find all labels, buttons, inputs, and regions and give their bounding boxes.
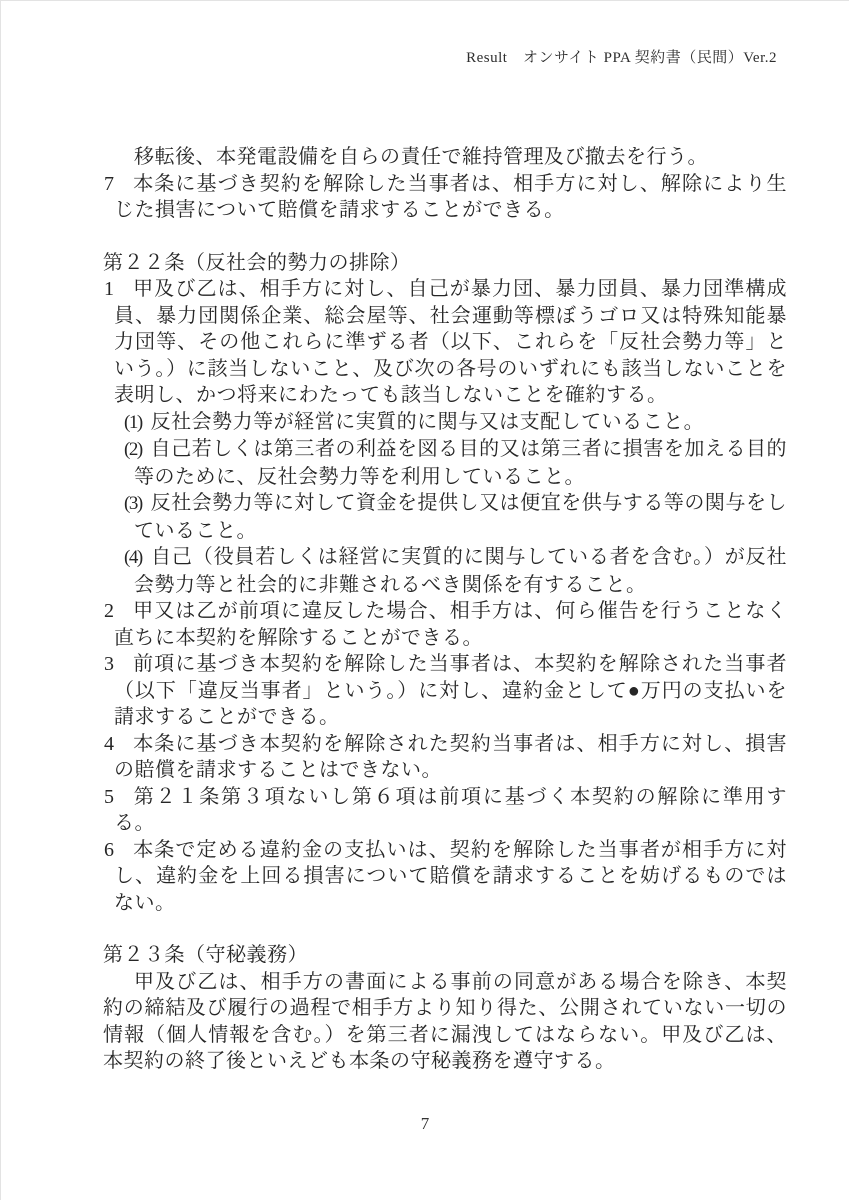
sub-item-text: 反社会勢力等が経営に実質的に関与又は支配していること。 — [151, 411, 705, 433]
article-22-heading: 第２２条（反社会的勢力の排除） — [103, 250, 787, 277]
item-text: 本条で定める違約金の支払いは、契約を解除した当事者が相手方に対し、違約金を上回る… — [114, 839, 787, 914]
item-marker: 3 — [104, 653, 115, 675]
item-marker: 5 — [104, 786, 115, 808]
document-page: Result オンサイト PPA 契約書（民間）Ver.2 移転後、本発電設備を… — [0, 0, 849, 1200]
clause-item-4: 4本条に基づき本契約を解除された契約当事者は、相手方に対し、損害の賠償を請求する… — [114, 731, 787, 784]
sub-item-marker: (1) — [124, 412, 142, 433]
clause-item-1: 1甲及び乙は、相手方に対し、自己が暴力団、暴力団員、暴力団準構成員、暴力団関係企… — [114, 276, 787, 409]
sub-item-marker: (3) — [124, 493, 142, 514]
item-marker: 1 — [104, 278, 115, 300]
item-marker: 4 — [104, 733, 115, 755]
page-footer: 7 — [1, 1114, 849, 1134]
article-23-heading: 第２３条（守秘義務） — [103, 942, 787, 969]
sub-item-1: (1)反社会勢力等が経営に実質的に関与又は支配していること。 — [134, 409, 787, 437]
item-text: 本条に基づき契約を解除した当事者は、相手方に対し、解除により生じた損害について賠… — [114, 173, 787, 222]
sub-item-3: (3)反社会勢力等に対して資金を提供し又は便宜を供与する等の関与をしていること。 — [134, 490, 787, 544]
clause-item-5: 5第２１条第３項ないし第６項は前項に基づく本契約の解除に準用する。 — [114, 784, 787, 837]
item-text: 前項に基づき本契約を解除した当事者は、本契約を解除された当事者（以下「違反当事者… — [114, 653, 787, 728]
clause-item-3: 3前項に基づき本契約を解除した当事者は、本契約を解除された当事者（以下「違反当事… — [114, 651, 787, 731]
item-marker: 2 — [104, 600, 115, 622]
page-header: Result オンサイト PPA 契約書（民間）Ver.2 — [1, 47, 777, 69]
carryover-tail-line: 移転後、本発電設備を自らの責任で維持管理及び撤去を行う。 — [134, 144, 787, 171]
page-number: 7 — [421, 1114, 430, 1133]
item-text: 甲及び乙は、相手方に対し、自己が暴力団、暴力団員、暴力団準構成員、暴力団関係企業… — [114, 278, 787, 406]
header-doc-label: Result オンサイト PPA 契約書（民間）Ver.2 — [466, 50, 777, 66]
sub-item-text: 自己若しくは第三者の利益を図る目的又は第三者に損害を加える目的等のために、反社会… — [134, 438, 787, 488]
sub-item-text: 反社会勢力等に対して資金を提供し又は便宜を供与する等の関与をしていること。 — [134, 492, 787, 542]
item-marker: 7 — [104, 173, 115, 195]
article-23: 第２３条（守秘義務） 甲及び乙は、相手方の書面による事前の同意がある場合を除き、… — [103, 942, 787, 1075]
item-marker: 6 — [104, 839, 115, 861]
section-carryover: 移転後、本発電設備を自らの責任で維持管理及び撤去を行う。 7本条に基づき契約を解… — [103, 144, 787, 224]
article-23-paragraph: 甲及び乙は、相手方の書面による事前の同意がある場合を除き、本契約の締結及び履行の… — [103, 969, 787, 1075]
clause-item-2: 2甲又は乙が前項に違反した場合、相手方は、何ら催告を行うことなく直ちに本契約を解… — [114, 598, 787, 651]
article-22: 第２２条（反社会的勢力の排除） 1甲及び乙は、相手方に対し、自己が暴力団、暴力団… — [103, 250, 787, 917]
item-text: 本条に基づき本契約を解除された契約当事者は、相手方に対し、損害の賠償を請求するこ… — [114, 733, 787, 782]
sub-item-marker: (2) — [124, 439, 142, 460]
sub-item-text: 自己（役員若しくは経営に実質的に関与している者を含む。）が反社会勢力等と社会的に… — [134, 546, 787, 596]
clause-item-6: 6本条で定める違約金の支払いは、契約を解除した当事者が相手方に対し、違約金を上回… — [114, 837, 787, 917]
sub-item-4: (4)自己（役員若しくは経営に実質的に関与している者を含む。）が反社会勢力等と社… — [134, 544, 787, 598]
document-body: 移転後、本発電設備を自らの責任で維持管理及び撤去を行う。 7本条に基づき契約を解… — [103, 144, 787, 1075]
sub-item-2: (2)自己若しくは第三者の利益を図る目的又は第三者に損害を加える目的等のために、… — [134, 436, 787, 490]
sub-item-marker: (4) — [124, 547, 142, 568]
item-text: 第２１条第３項ないし第６項は前項に基づく本契約の解除に準用する。 — [114, 786, 787, 835]
item-text: 甲又は乙が前項に違反した場合、相手方は、何ら催告を行うことなく直ちに本契約を解除… — [114, 600, 787, 649]
clause-item-7: 7本条に基づき契約を解除した当事者は、相手方に対し、解除により生じた損害について… — [114, 171, 787, 224]
